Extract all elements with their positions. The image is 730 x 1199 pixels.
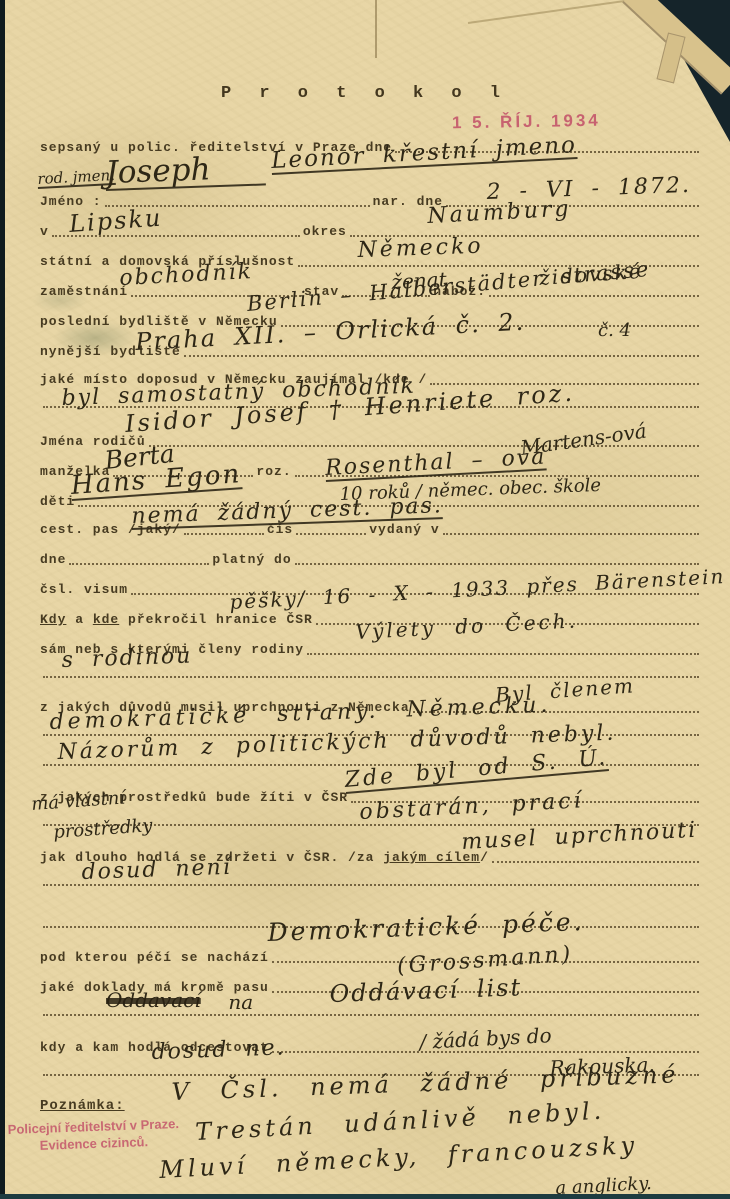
handwriting-grossmann: (Grossmann) [396, 944, 574, 978]
dotted-line [492, 857, 699, 863]
handwriting-oddavaci-list: Oddávací list [329, 975, 522, 1006]
typed-label: roz. [256, 464, 291, 479]
typed-label: pod kterou péčí se nachází [40, 950, 269, 965]
handwriting-prislusnost: Německo [357, 236, 484, 262]
handwriting-prostredky-left-1: má vlastní [31, 789, 126, 814]
dotted-line [307, 649, 699, 655]
handwriting-prostredky-1: Zde byl od S. Ú. [344, 747, 609, 794]
dotted-line [443, 529, 699, 535]
typed-label: Poznámka: [40, 1098, 125, 1114]
dotted-line [69, 559, 209, 565]
typed-label: čsl. visum [40, 582, 128, 597]
handwriting-crossed-out: Oddavací [106, 990, 201, 1010]
handwriting-pece: Demokratické péče. [267, 909, 585, 945]
handwriting-hranice: pěšky/ 16 - X - 1933 přes Bärenstein [229, 566, 726, 612]
typed-label: vydaný v [369, 522, 439, 537]
typed-label: Jméno : [40, 194, 102, 209]
row-odcestovat: kdy a kam hodlá odcestovat [40, 1040, 702, 1055]
handwriting-odcestovat-2: / žádá bys do [419, 1025, 552, 1052]
handwriting-cislo4: č. 4 [598, 322, 631, 340]
handwriting-dosud-neni: dosud není [81, 857, 232, 884]
scan-edge-bottom [0, 1194, 730, 1199]
handwriting-lipsku: Lipsku [68, 206, 163, 236]
handwriting-joseph: Joseph [105, 152, 266, 191]
paper-tear-line [375, 0, 377, 58]
typed-label: zaměstnání [40, 284, 128, 299]
typed-label: překročil hranice ČSR [119, 612, 313, 627]
scanned-protocol-page: P r o t o k o l 1 5. ŘÍJ. 1934 sepsaný u… [0, 0, 730, 1199]
typed-label: v [40, 224, 49, 239]
document-title: P r o t o k o l [0, 84, 730, 103]
dotted-line [184, 351, 699, 357]
typed-label: platný do [212, 552, 291, 567]
typed-label: okres [303, 224, 347, 239]
typed-label: a [66, 612, 92, 627]
dotted-line [296, 529, 366, 535]
dotted-line [295, 559, 699, 565]
scan-edge-left [0, 0, 5, 1199]
row-pece: pod kterou péčí se nachází [40, 950, 702, 965]
handwriting-crossed-after: na [222, 992, 253, 1012]
typed-label: děti [40, 494, 75, 509]
handwriting-s-rodinou: s rodinou [61, 645, 192, 672]
typed-label: kde [93, 612, 119, 627]
handwriting-prostredky-left-2: prostředky [53, 817, 153, 842]
dotted-line [184, 529, 264, 535]
office-stamp: Policejní ředitelství v Praze. Evidence … [7, 1115, 179, 1155]
typed-label: dne [40, 552, 66, 567]
handwriting-rod-jmen: rod. jmen. [37, 168, 115, 189]
typed-label: Kdy [40, 612, 66, 627]
handwriting-odcestovat-1: dosud ne. [151, 1037, 286, 1064]
date-stamp: 1 5. ŘÍJ. 1934 [452, 111, 601, 134]
row-dne-platny: dne platný do [40, 552, 702, 567]
